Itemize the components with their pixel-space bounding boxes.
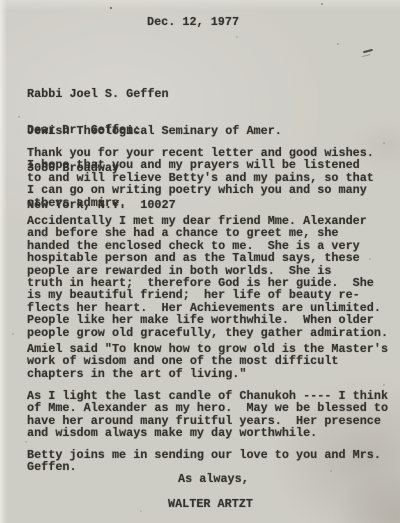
closing: As always,	[178, 473, 249, 485]
body-paragraph-3: Amiel said "To know how to grow old is t…	[27, 343, 388, 380]
body-paragraph-5: Betty joins me in sending our love to yo…	[27, 449, 381, 474]
letter-date: Dec. 12, 1977	[147, 16, 239, 28]
letter-page: Dec. 12, 1977 Rabbi Joel S. Geffen Jewis…	[0, 0, 400, 523]
pen-mark	[363, 49, 373, 53]
salutation: Dear Dr. Geffen:	[27, 124, 140, 136]
signature-name: WALTER ARTZT	[168, 498, 253, 510]
paper-speckles	[0, 0, 2, 2]
body-paragraph-2: Accidentally I met my dear friend Mme. A…	[27, 215, 388, 339]
body-paragraph-1: Thank you for your recent letter and goo…	[27, 147, 374, 209]
body-paragraph-4: As I light the last candle of Chanukoh -…	[27, 390, 388, 440]
address-line-name: Rabbi Joel S. Geffen	[27, 88, 282, 100]
